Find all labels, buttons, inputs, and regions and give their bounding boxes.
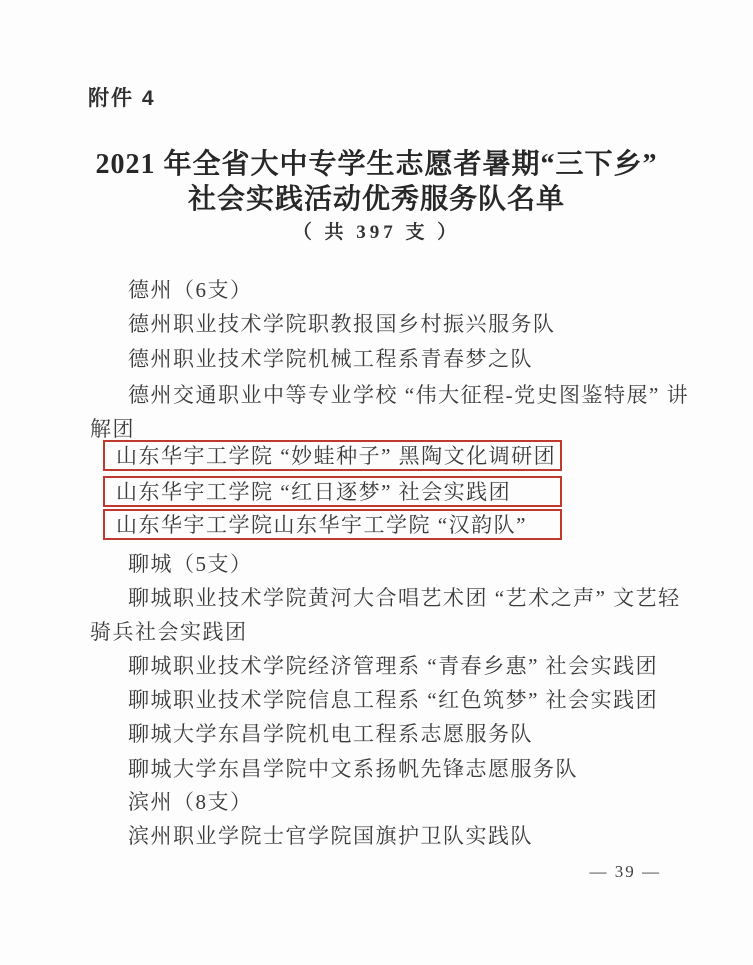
attachment-label: 附件 4 bbox=[88, 82, 156, 112]
team-list-line: 聊城职业技术学院经济管理系 “青春乡惠” 社会实践团 bbox=[128, 653, 658, 679]
section-header-binzhou: 滨州（8支） bbox=[128, 789, 253, 815]
section-header-liaocheng: 聊城（5支） bbox=[128, 551, 253, 577]
team-list-line-continuation: 骑兵社会实践团 bbox=[90, 619, 248, 645]
team-list-line: 滨州职业学院士官学院国旗护卫队实践队 bbox=[128, 823, 533, 849]
total-teams-count: （ 共 397 支 ） bbox=[0, 217, 753, 244]
document-title-line-1: 2021 年全省大中专学生志愿者暑期“三下乡” bbox=[0, 142, 753, 182]
team-list-line: 聊城职业技术学院信息工程系 “红色筑梦” 社会实践团 bbox=[128, 687, 658, 713]
team-list-line: 聊城大学东昌学院机电工程系志愿服务队 bbox=[128, 721, 533, 747]
section-header-dezhou: 德州（6支） bbox=[128, 277, 253, 303]
scanned-document-page: 附件 4 2021 年全省大中专学生志愿者暑期“三下乡” 社会实践活动优秀服务队… bbox=[0, 0, 753, 965]
team-list-line: 德州职业技术学院机械工程系青春梦之队 bbox=[128, 346, 533, 372]
highlighted-team-row: 山东华宇工学院 “妙蛙种子” 黑陶文化调研团 bbox=[103, 440, 562, 471]
highlighted-team-row: 山东华宇工学院 “红日逐梦” 社会实践团 bbox=[103, 476, 562, 507]
team-list-line: 德州交通职业中等专业学校 “伟大征程-党史图鉴特展” 讲 bbox=[128, 382, 689, 408]
highlighted-team-row: 山东华宇工学院山东华宇工学院 “汉韵队” bbox=[103, 509, 562, 540]
team-list-line: 聊城职业技术学院黄河大合唱艺术团 “艺术之声” 文艺轻 bbox=[128, 585, 681, 611]
team-list-line: 聊城大学东昌学院中文系扬帆先锋志愿服务队 bbox=[128, 756, 578, 782]
team-list-line-continuation: 解团 bbox=[90, 416, 135, 442]
team-list-line: 德州职业技术学院职教报国乡村振兴服务队 bbox=[128, 311, 556, 337]
document-title-line-2: 社会实践活动优秀服务队名单 bbox=[0, 177, 753, 217]
page-number: — 39 — bbox=[590, 862, 662, 882]
